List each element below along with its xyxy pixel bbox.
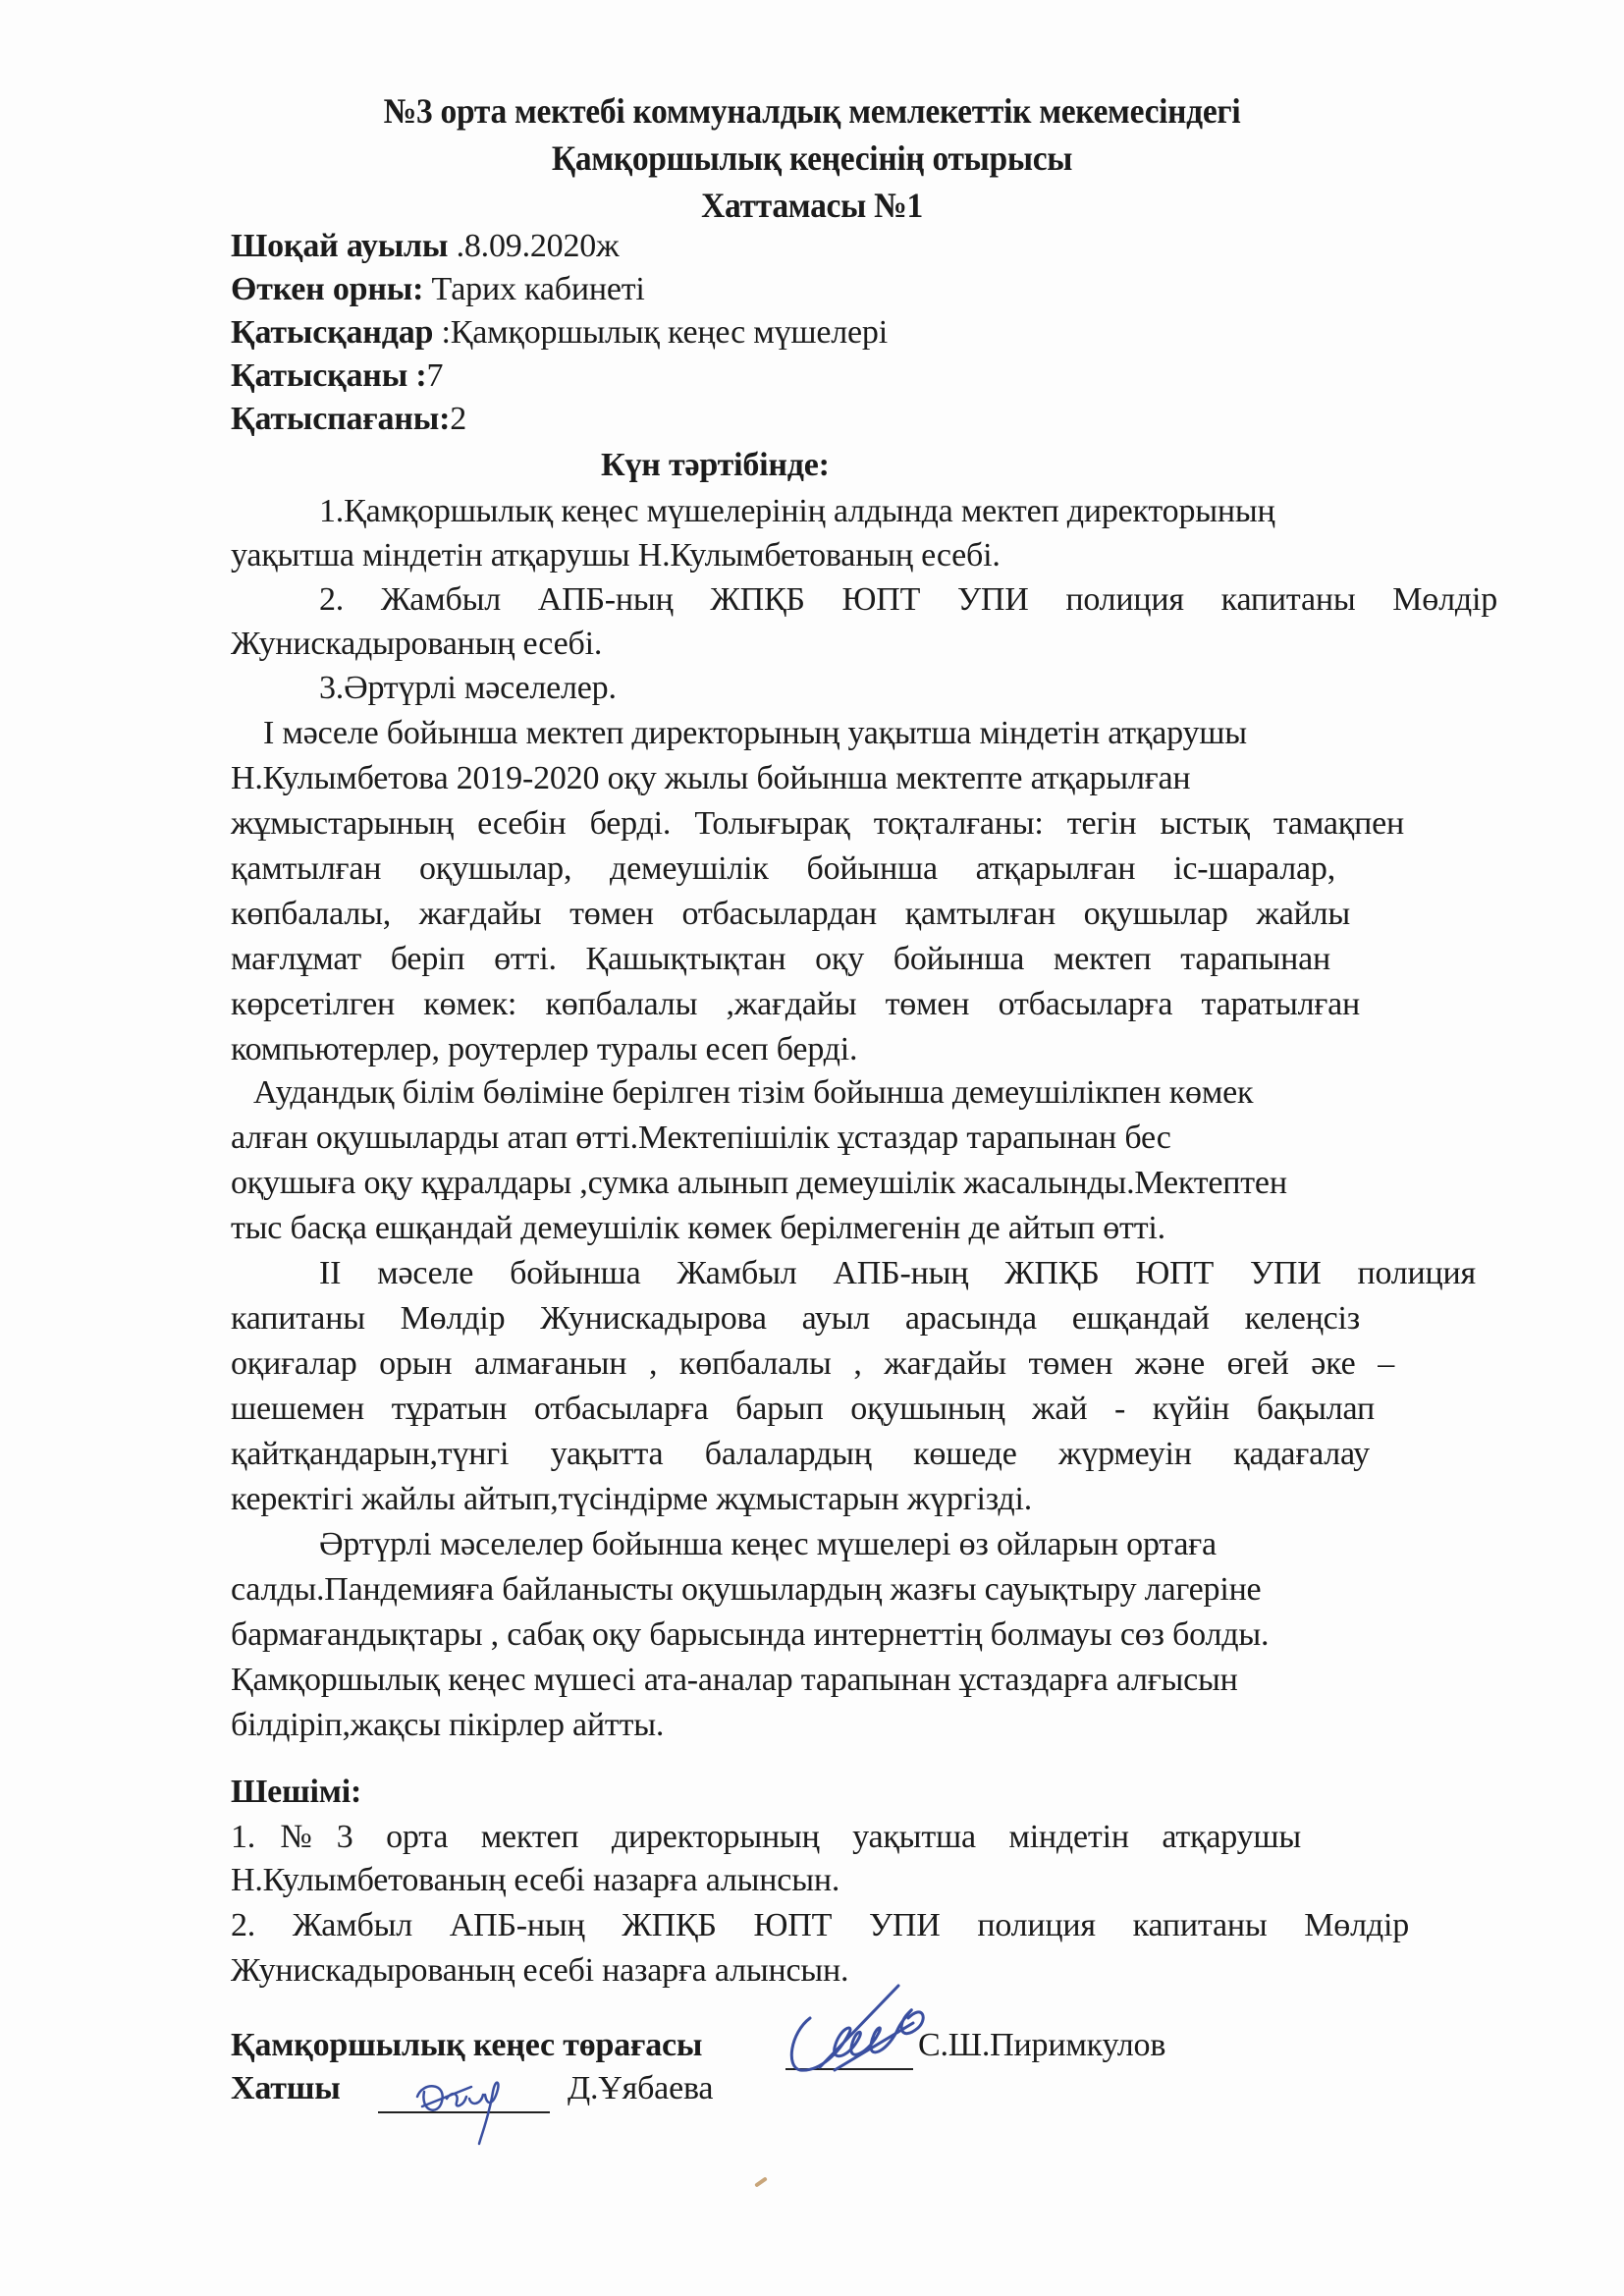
scanned-document-page: №3 орта мектебі коммуналдық мемлекеттік … [0,0,1624,2296]
issue1-line: жұмыстарының есебін берді. Толығырақ тоқ… [231,805,1404,843]
issue2-line: оқиғалар орын алмағанын , көпбалалы , жа… [231,1345,1394,1383]
issue1-line: қамтылған оқушылар, демеушілік бойынша а… [231,850,1335,888]
agenda-line: 1.Қамқоршылық кеңес мүшелерінің алдында … [319,493,1275,530]
secretary-name: Д.Ұябаева [568,2070,713,2107]
decision-line: 2. Жамбыл АПБ-ның ЖПҚБ ЮПТ УПИ полиция к… [231,1907,1409,1944]
agenda-line: уақытша міндетін атқарушы Н.Кулымбетован… [231,537,1001,574]
meta-place-date: Шоқай ауылы .8.09.2020ж [231,228,619,265]
meta-present: Қатысқаны :7 [231,357,443,395]
issue2-line: шешемен тұратын отбасыларға барып оқушын… [231,1391,1375,1428]
present-count: 7 [426,357,443,394]
issue2-line: керектігі жайлы айтып,түсіндірме жұмыста… [231,1481,1032,1518]
issue1-line: мағлұмат беріп өтті. Қашықтықтан оқу бой… [231,941,1330,978]
issue3-line: Әртүрлі мәселелер бойынша кеңес мүшелері… [319,1526,1217,1563]
issue3-line: білдіріп,жақсы пікірлер айтты. [231,1707,664,1744]
present-label: Қатысқаны : [231,357,426,394]
participants-value: :Қамқоршылық кеңес мүшелері [433,314,888,351]
issue1-cont-line: тыс басқа ешқандай демеушілік көмек бері… [231,1210,1165,1247]
venue-value: Тарих кабинеті [423,271,644,307]
meta-absent: Қатыспағаны:2 [231,401,466,438]
issue1-line: көпбалалы, жағдайы төмен отбасылардан қа… [231,896,1350,933]
scan-artifact [754,2176,768,2187]
issue1-line: компьютерлер, роутерлер туралы есеп берд… [231,1031,857,1068]
issue1-cont-line: оқушыға оқу құралдары ,сумка алынып деме… [231,1165,1287,1202]
issue1-cont-line: Аудандық білім бөліміне берілген тізім б… [253,1074,1253,1112]
document-title-line-1: №3 орта мектебі коммуналдық мемлекеттік … [57,90,1567,132]
decision-line: Жунискадырованың есебі назарға алынсын. [231,1952,848,1990]
issue1-line: көрсетілген көмек: көпбалалы ,жағдайы тө… [231,986,1360,1023]
issue1-line: І мәселе бойынша мектеп директорының уақ… [263,715,1247,752]
decision-line: Н.Кулымбетованың есебі назарға алынсын. [231,1862,839,1899]
issue2-line: ІІ мәселе бойынша Жамбыл АПБ-ның ЖПҚБ ЮП… [319,1255,1476,1292]
absent-label: Қатыспағаны: [231,401,450,437]
document-title-line-3: Хаттамасы №1 [57,185,1567,226]
document-title-line-2: Қамқоршылық кеңесінің отырысы [57,137,1567,179]
issue3-line: салды.Пандемияға байланысты оқушылардың … [231,1571,1261,1609]
secretary-label: Хатшы [231,2070,341,2107]
agenda-line: Жунискадырованың есебі. [231,626,602,663]
absent-count: 2 [450,401,466,437]
chair-name: С.Ш.Пиримкулов [918,2027,1165,2064]
issue3-line: Қамқоршылық кеңес мүшесі ата-аналар тара… [231,1662,1238,1699]
secretary-signature-icon [403,2057,540,2146]
issue1-cont-line: алған оқушыларды атап өтті.Мектепішілік … [231,1120,1171,1157]
issue3-line: бармағандықтары , сабақ оқу барысында ин… [231,1616,1269,1654]
agenda-heading: Күн тәртібінде: [601,447,830,484]
participants-label: Қатысқандар [231,314,433,351]
issue2-line: капитаны Мөлдір Жунискадырова ауыл арасы… [231,1300,1360,1338]
meta-participants: Қатысқандар :Қамқоршылық кеңес мүшелері [231,314,888,352]
agenda-line: 3.Әртүрлі мәселелер. [319,670,617,707]
meeting-date: .8.09.2020ж [448,228,619,264]
agenda-line: 2. Жамбыл АПБ-ның ЖПҚБ ЮПТ УПИ полиция к… [319,581,1497,619]
decision-heading: Шешімі: [231,1774,361,1811]
venue-label: Өткен орны: [231,271,423,307]
meta-venue: Өткен орны: Тарих кабинеті [231,271,645,308]
place-label: Шоқай ауылы [231,228,448,264]
issue1-line: Н.Кулымбетова 2019-2020 оқу жылы бойынша… [231,760,1190,797]
issue2-line: қайтқандарын,түнгі уақытта балалардың кө… [231,1436,1370,1473]
decision-line: 1.№3 орта мектеп директорының уақытша мі… [231,1819,1301,1856]
